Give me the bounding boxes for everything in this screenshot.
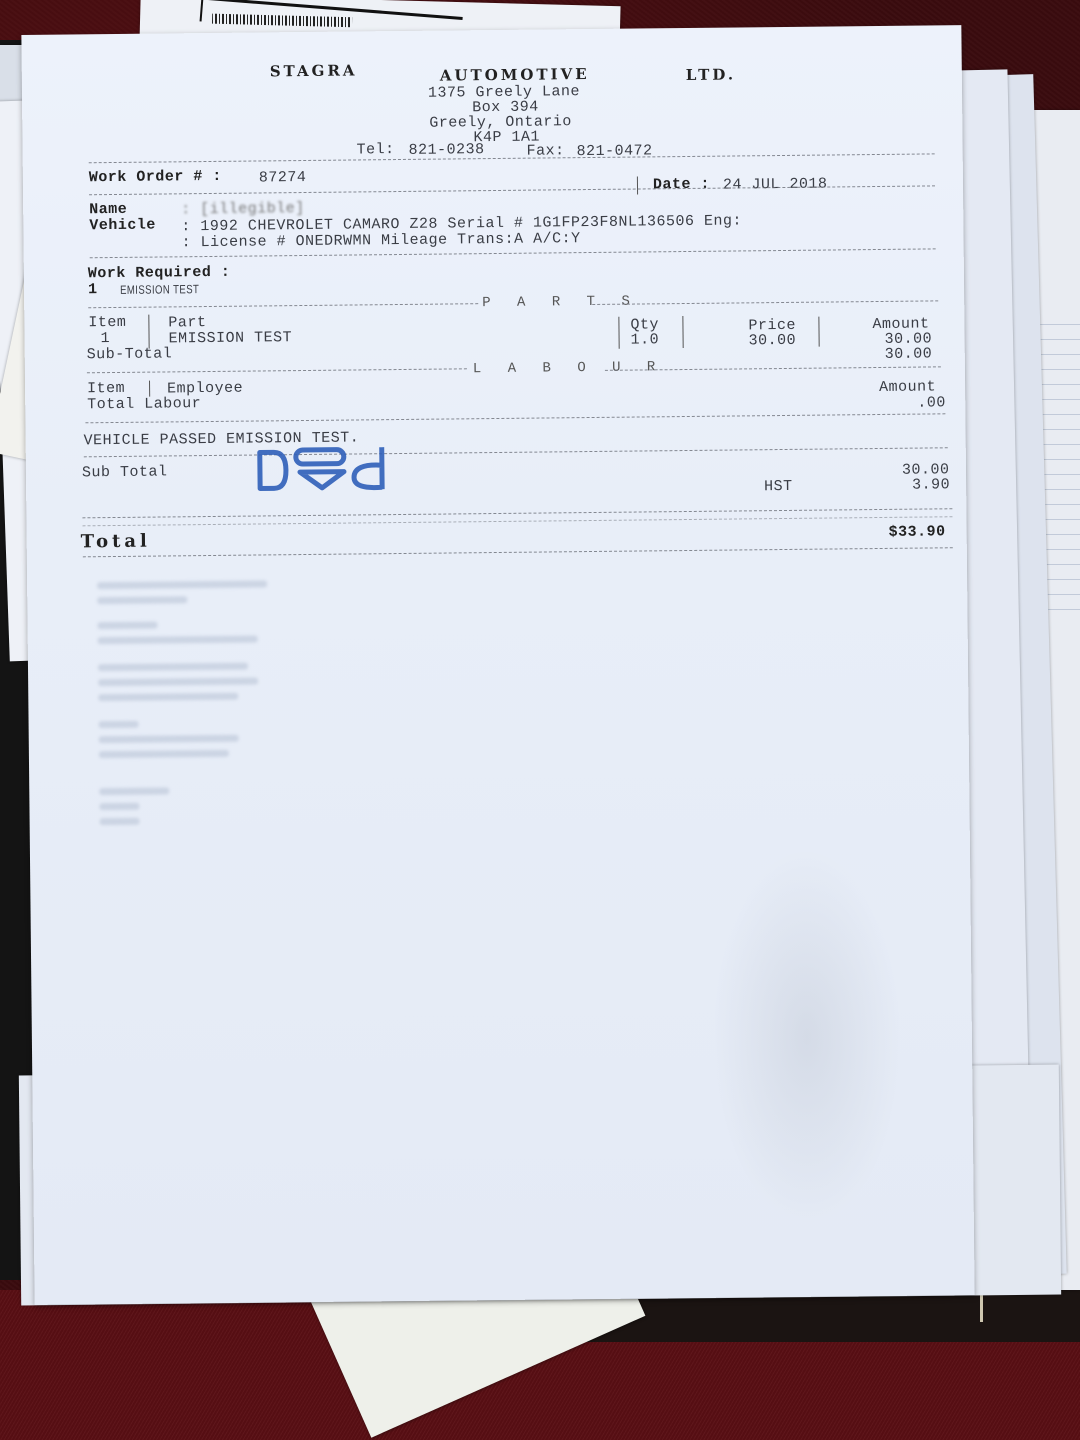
paid-stamp-icon (256, 443, 392, 494)
divider (84, 447, 948, 457)
parts-row-part: EMISSION TEST (168, 329, 292, 347)
parts-section-label: P A R T S (482, 294, 639, 312)
company-name-part1: STAGRA (270, 61, 358, 80)
separator (682, 316, 683, 348)
work-required-item-description: EMISSION TEST (120, 282, 199, 297)
labour-header-amount: Amount (879, 378, 936, 396)
labour-header-item: Item (87, 380, 125, 397)
vehicle-label: Vehicle (89, 217, 156, 235)
parts-header-item: Item (88, 314, 126, 331)
divider (87, 368, 467, 373)
parts-row-qty: 1.0 (631, 331, 660, 348)
labour-total: .00 (917, 394, 946, 411)
tel-label: Tel: (357, 141, 395, 158)
divider (89, 153, 935, 163)
hst-label: HST (764, 478, 793, 495)
company-name-part3: LTD. (686, 65, 736, 84)
work-required-item-number: 1 (88, 281, 98, 298)
divider (85, 413, 945, 423)
separator (637, 177, 638, 195)
parts-row-item: 1 (100, 330, 110, 347)
labour-section-label: L A B O U R (473, 359, 665, 377)
divider (83, 547, 953, 557)
parts-subtotal: 30.00 (885, 345, 933, 362)
divider (83, 516, 953, 526)
summary-subtotal-label: Sub Total (82, 463, 168, 481)
company-name-part2: AUTOMOTIVE (440, 65, 590, 85)
work-order-sheet: STAGRA AUTOMOTIVE LTD. 1375 Greely Lane … (21, 25, 974, 1305)
labour-total-label: Total Labour (87, 395, 201, 413)
vehicle-line-2: : License # ONEDRWMN Mileage Trans:A A/C… (181, 230, 580, 251)
separator (618, 317, 619, 349)
divider (592, 300, 938, 305)
parts-row-price: 30.00 (749, 332, 797, 349)
parts-header-part: Part (168, 314, 206, 331)
name-label: Name (89, 201, 127, 218)
parts-subtotal-label: Sub-Total (87, 345, 173, 363)
paper-shadow (710, 846, 904, 1228)
date-value: 24 JUL 2018 (723, 176, 828, 194)
separator (818, 317, 819, 347)
work-order-number: 87274 (259, 169, 307, 186)
work-required-label: Work Required : (88, 264, 231, 282)
bleed-through-text (97, 572, 320, 874)
tel-number: 821-0238 (409, 141, 485, 159)
date-label: Date : (653, 176, 710, 194)
separator (149, 381, 150, 397)
divider (88, 303, 478, 308)
total-label: Total (81, 531, 151, 553)
separator (148, 315, 149, 349)
hst-amount: 3.90 (912, 476, 950, 493)
customer-name-illegible: : [illegible] (181, 200, 305, 218)
total-amount: $33.90 (889, 523, 946, 541)
work-order-label: Work Order # : (89, 168, 222, 186)
